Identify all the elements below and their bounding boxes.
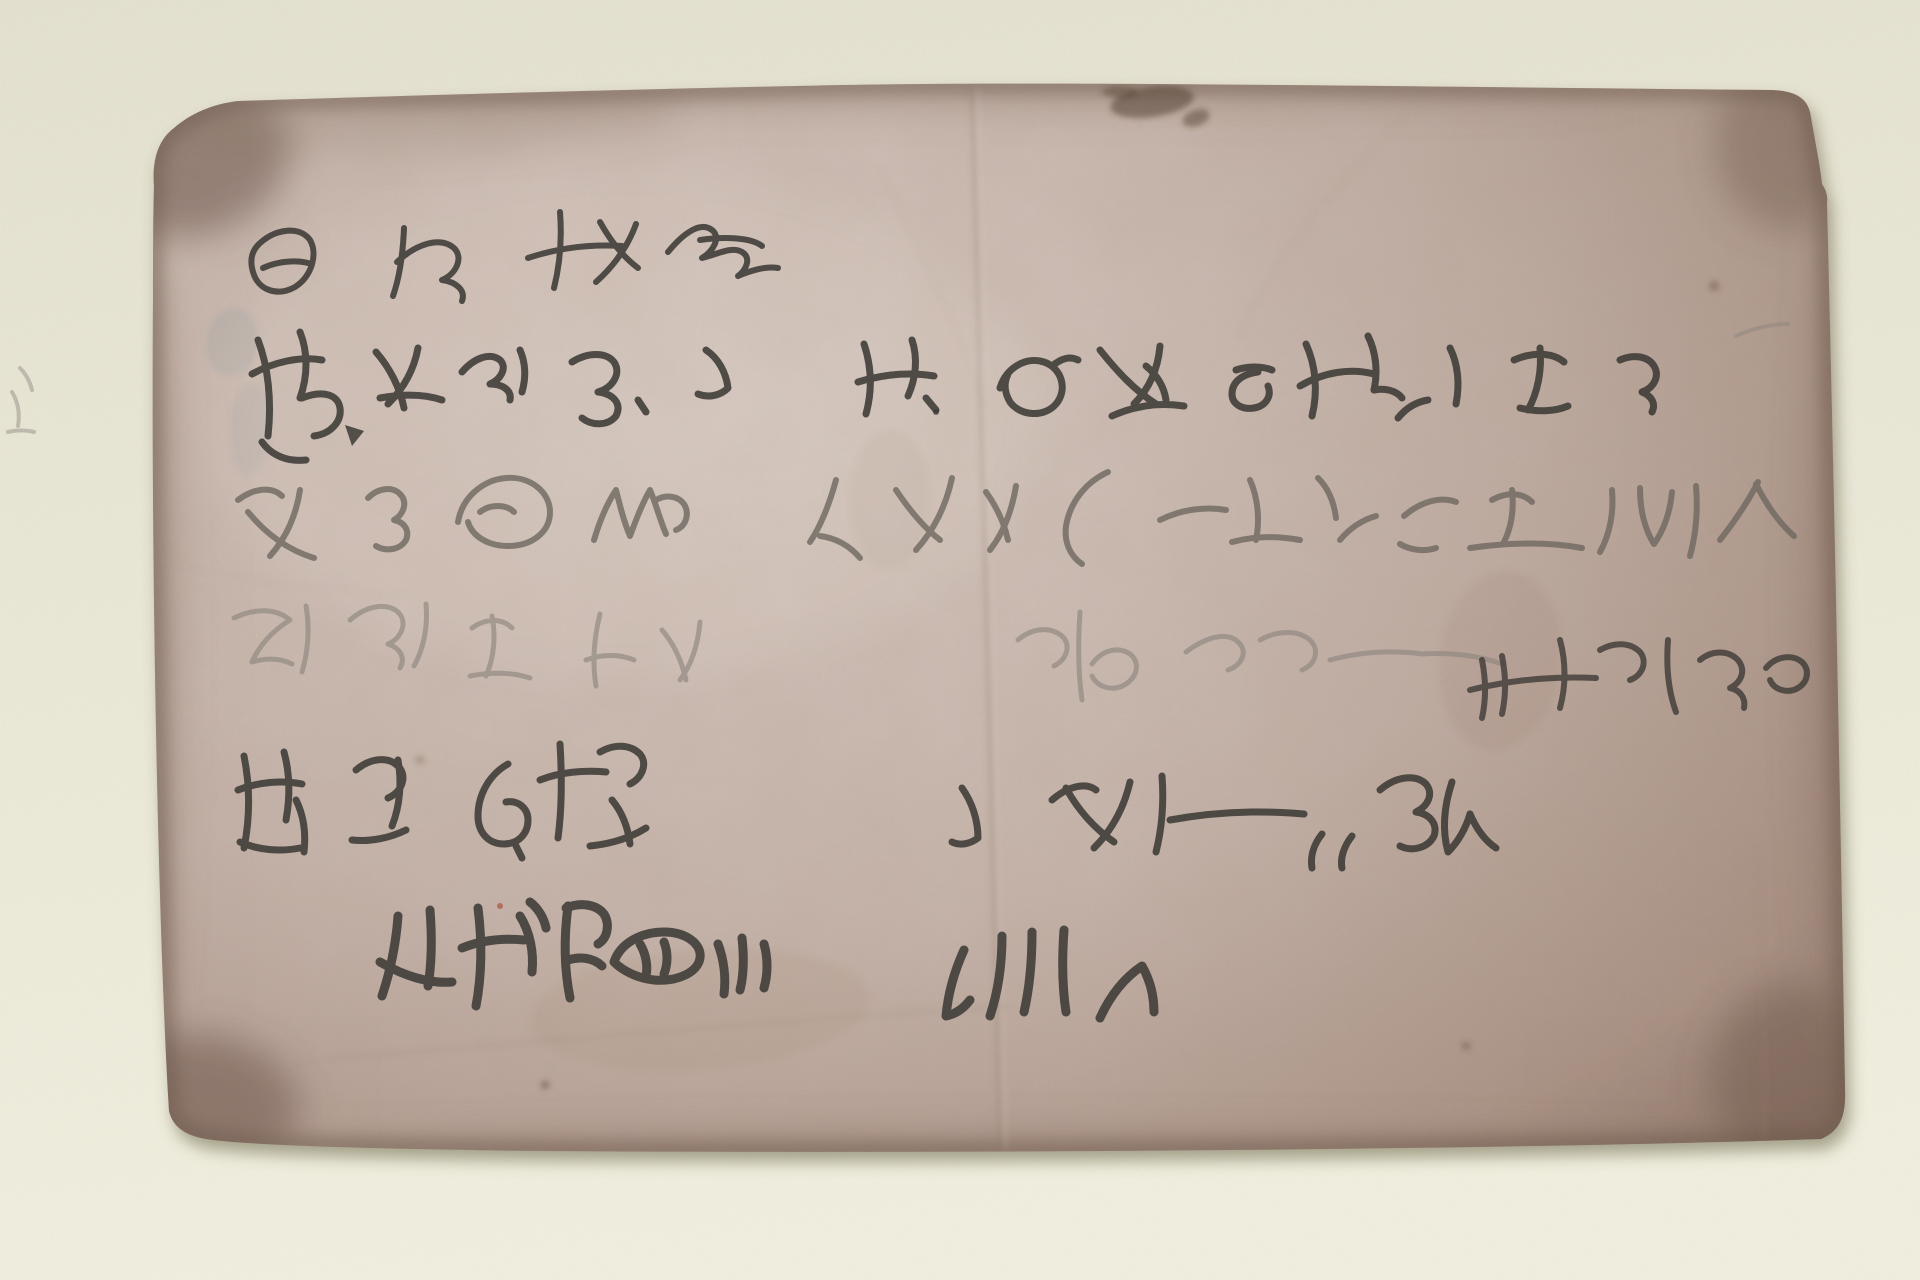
- photo-of-handwritten-card: [0, 0, 1920, 1280]
- scene-canvas: [0, 0, 1920, 1280]
- photo-grain-overlay: [0, 0, 1920, 1280]
